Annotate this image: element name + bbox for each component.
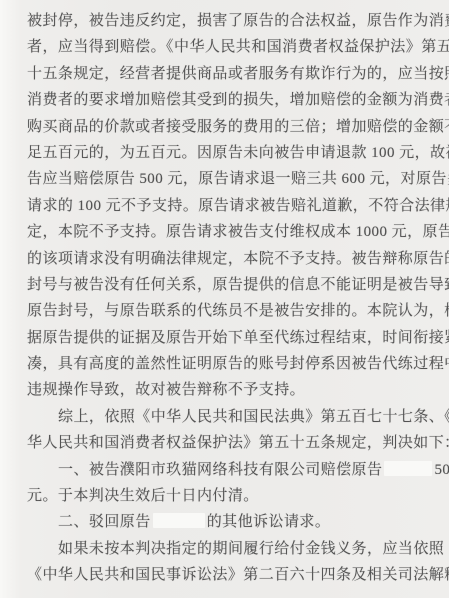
text-segment: 购买商品的价款或者接受服务的费用的三倍；增加赔偿的金额不 — [27, 119, 449, 135]
text-segment: 二、驳回原告 — [58, 514, 151, 530]
text-segment: 据原告提供的证据及原告开始下单至代练过程结束，时间衔接紧 — [27, 330, 449, 346]
text-segment: 违规操作导致，故对被告辩称不予支持。 — [27, 382, 305, 398]
scanned-judgment-page: 被封停，被告违反约定，损害了原告的合法权益，原告作为消费者，应当得到赔偿。《中华… — [0, 0, 449, 598]
text-segment: 500 — [434, 462, 449, 478]
text-line: 请求的 100 元不予支持。原告请求被告赔礼道歉，不符合法律规 — [27, 193, 430, 219]
text-line: 原告封号，与原告联系的代练员不是被告安排的。本院认为，根 — [27, 298, 430, 324]
text-line: 被封停，被告违反约定，损害了原告的合法权益，原告作为消费 — [27, 8, 430, 34]
text-segment: 综上，依照《中华人民共和国民法典》第五百七十七条、《中 — [58, 409, 449, 425]
text-line: 的该项请求没有明确法律规定，本院不予支持。被告辩称原告的 — [27, 246, 430, 272]
text-line: 足五百元的，为五百元。因原告未向被告申请退款 100 元，故被 — [27, 140, 430, 166]
text-line: 《中华人民共和国民事诉讼法》第二百六十四条及相关司法解释 — [27, 562, 430, 588]
text-segment: 如果未按本判决指定的期间履行给付金钱义务，应当依照 — [58, 541, 444, 557]
text-segment: 《中华人民共和国民事诉讼法》第二百六十四条及相关司法解释 — [27, 567, 449, 583]
text-line: 定，本院不予支持。原告请求被告支付维权成本 1000 元，原告 — [27, 219, 430, 245]
text-line: 告应当赔偿原告 500 元，原告请求退一赔三共 600 元，对原告多 — [27, 166, 430, 192]
text-line: 消费者的要求增加赔偿其受到的损失，增加赔偿的金额为消费者 — [27, 87, 430, 113]
text-line: 购买商品的价款或者接受服务的费用的三倍；增加赔偿的金额不 — [27, 114, 430, 140]
text-line: 二、驳回原告的其他诉讼请求。 — [27, 509, 430, 535]
text-segment: 消费者的要求增加赔偿其受到的损失，增加赔偿的金额为消费者 — [27, 92, 449, 108]
text-line: 元。于本判决生效后十日内付清。 — [27, 483, 430, 509]
text-segment: 凑，具有高度的盖然性证明原告的账号封停系因被告代练过程中 — [27, 356, 449, 372]
text-line: 凑，具有高度的盖然性证明原告的账号封停系因被告代练过程中 — [27, 351, 430, 377]
text-line: 综上，依照《中华人民共和国民法典》第五百七十七条、《中 — [27, 404, 430, 430]
text-segment: 告应当赔偿原告 500 元，原告请求退一赔三共 600 元，对原告多 — [27, 171, 449, 187]
text-segment: 原告封号，与原告联系的代练员不是被告安排的。本院认为，根 — [27, 303, 449, 319]
text-segment: 一、被告濮阳市玖猫网络科技有限公司赔偿原告 — [58, 462, 382, 478]
text-segment: 元。于本判决生效后十日内付清。 — [27, 488, 259, 504]
text-segment: 被封停，被告违反约定，损害了原告的合法权益，原告作为消费 — [27, 13, 449, 29]
text-segment: 的其他诉讼请求。 — [207, 514, 331, 530]
text-line: 封号与被告没有任何关系，原告提供的信息不能证明是被告导致 — [27, 272, 430, 298]
text-segment: 请求的 100 元不予支持。原告请求被告赔礼道歉，不符合法律规 — [27, 198, 449, 214]
text-line: 据原告提供的证据及原告开始下单至代练过程结束，时间衔接紧 — [27, 325, 430, 351]
text-segment: 定，本院不予支持。原告请求被告支付维权成本 1000 元，原告 — [27, 224, 449, 240]
text-segment: 的该项请求没有明确法律规定，本院不予支持。被告辩称原告的 — [27, 251, 449, 267]
redaction-box — [153, 513, 205, 528]
text-line: 如果未按本判决指定的期间履行给付金钱义务，应当依照 — [27, 536, 430, 562]
text-segment: 足五百元的，为五百元。因原告未向被告申请退款 100 元，故被 — [27, 145, 449, 161]
text-segment: 者，应当得到赔偿。《中华人民共和国消费者权益保护法》第五 — [27, 39, 449, 55]
text-segment: 华人民共和国消费者权益保护法》第五十五条规定，判决如下： — [27, 435, 449, 451]
text-line: 者，应当得到赔偿。《中华人民共和国消费者权益保护法》第五 — [27, 34, 430, 60]
redaction-box — [384, 461, 432, 476]
judgment-text-block: 被封停，被告违反约定，损害了原告的合法权益，原告作为消费者，应当得到赔偿。《中华… — [27, 8, 430, 589]
text-segment: 十五条规定，经营者提供商品或者服务有欺诈行为的，应当按照 — [27, 66, 449, 82]
text-line: 违规操作导致，故对被告辩称不予支持。 — [27, 377, 430, 403]
text-line: 十五条规定，经营者提供商品或者服务有欺诈行为的，应当按照 — [27, 61, 430, 87]
text-line: 华人民共和国消费者权益保护法》第五十五条规定，判决如下： — [27, 430, 430, 456]
text-segment: 封号与被告没有任何关系，原告提供的信息不能证明是被告导致 — [27, 277, 449, 293]
text-line: 一、被告濮阳市玖猫网络科技有限公司赔偿原告500 — [27, 457, 430, 483]
